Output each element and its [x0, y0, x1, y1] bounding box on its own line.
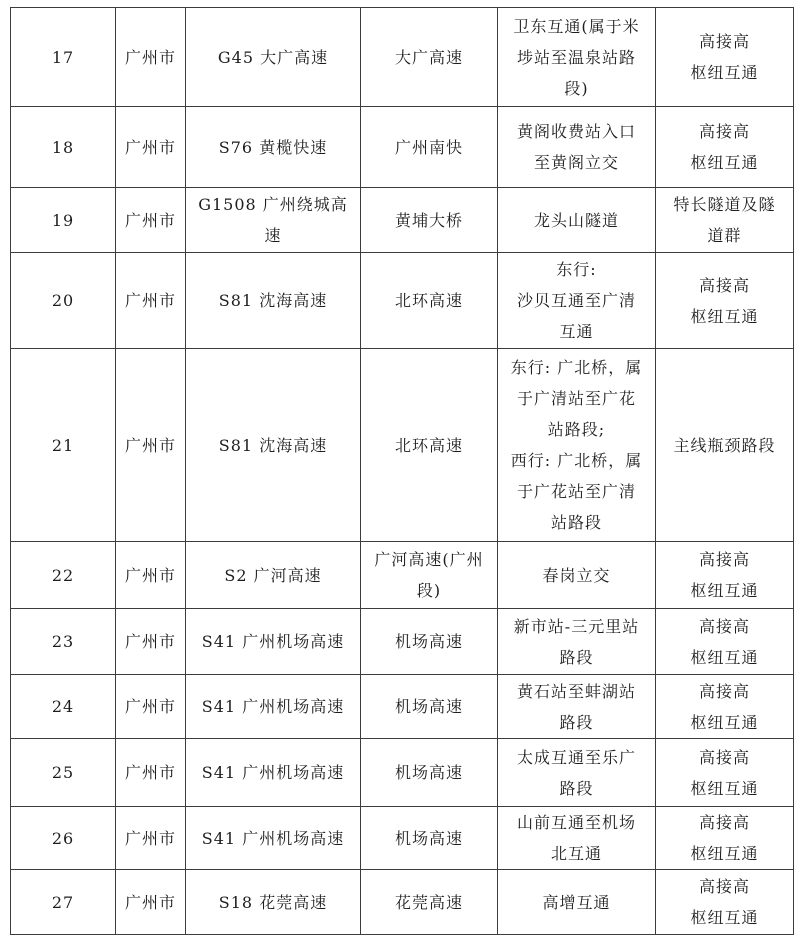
road-alias-cell: 花莞高速 [361, 870, 498, 935]
table-row: 22 广州市 S2 广河高速 广河高速(广州 段) 春岗立交 高接高 枢纽互通 [11, 542, 794, 609]
category-cell: 主线瓶颈路段 [656, 349, 794, 542]
road-code-cell: S41 广州机场高速 [186, 807, 361, 870]
road-code-cell: S76 黄榄快速 [186, 107, 361, 188]
row-number-cell: 20 [11, 253, 116, 349]
road-code-cell: S41 广州机场高速 [186, 675, 361, 739]
row-number-cell: 21 [11, 349, 116, 542]
table-row: 21 广州市 S81 沈海高速 北环高速 东行: 广北桥，属 于广清站至广花 站… [11, 349, 794, 542]
category-cell: 高接高 枢纽互通 [656, 807, 794, 870]
road-code-cell: S2 广河高速 [186, 542, 361, 609]
row-number-cell: 23 [11, 609, 116, 675]
category-cell: 特长隧道及隧 道群 [656, 188, 794, 253]
section-cell: 东行: 沙贝互通至广清 互通 [498, 253, 656, 349]
row-number-cell: 17 [11, 8, 116, 107]
road-alias-cell: 机场高速 [361, 609, 498, 675]
road-code-cell: S41 广州机场高速 [186, 609, 361, 675]
city-cell: 广州市 [116, 349, 186, 542]
row-number-cell: 18 [11, 107, 116, 188]
road-alias-cell: 北环高速 [361, 349, 498, 542]
row-number-cell: 19 [11, 188, 116, 253]
section-cell: 东行: 广北桥，属 于广清站至广花 站路段; 西行: 广北桥，属 于广花站至广清… [498, 349, 656, 542]
road-code-cell: S18 花莞高速 [186, 870, 361, 935]
section-cell: 新市站-三元里站 路段 [498, 609, 656, 675]
section-cell: 卫东互通(属于米 埗站至温泉站路 段) [498, 8, 656, 107]
row-number-cell: 25 [11, 739, 116, 807]
category-cell: 高接高 枢纽互通 [656, 870, 794, 935]
section-cell: 春岗立交 [498, 542, 656, 609]
table-row: 20 广州市 S81 沈海高速 北环高速 东行: 沙贝互通至广清 互通 高接高 … [11, 253, 794, 349]
category-cell: 高接高 枢纽互通 [656, 609, 794, 675]
highway-sections-table: 17 广州市 G45 大广高速 大广高速 卫东互通(属于米 埗站至温泉站路 段)… [10, 7, 794, 935]
city-cell: 广州市 [116, 107, 186, 188]
table-row: 25 广州市 S41 广州机场高速 机场高速 太成互通至乐广 路段 高接高 枢纽… [11, 739, 794, 807]
category-cell: 高接高 枢纽互通 [656, 8, 794, 107]
city-cell: 广州市 [116, 807, 186, 870]
road-alias-cell: 机场高速 [361, 675, 498, 739]
row-number-cell: 27 [11, 870, 116, 935]
category-cell: 高接高 枢纽互通 [656, 739, 794, 807]
road-alias-cell: 黄埔大桥 [361, 188, 498, 253]
row-number-cell: 22 [11, 542, 116, 609]
road-code-cell: S41 广州机场高速 [186, 739, 361, 807]
city-cell: 广州市 [116, 253, 186, 349]
section-cell: 太成互通至乐广 路段 [498, 739, 656, 807]
row-number-cell: 26 [11, 807, 116, 870]
category-cell: 高接高 枢纽互通 [656, 675, 794, 739]
document-page: 17 广州市 G45 大广高速 大广高速 卫东互通(属于米 埗站至温泉站路 段)… [0, 0, 800, 937]
city-cell: 广州市 [116, 542, 186, 609]
category-cell: 高接高 枢纽互通 [656, 253, 794, 349]
road-code-cell: G45 大广高速 [186, 8, 361, 107]
section-cell: 龙头山隧道 [498, 188, 656, 253]
table-row: 26 广州市 S41 广州机场高速 机场高速 山前互通至机场 北互通 高接高 枢… [11, 807, 794, 870]
table-row: 24 广州市 S41 广州机场高速 机场高速 黄石站至蚌湖站 路段 高接高 枢纽… [11, 675, 794, 739]
city-cell: 广州市 [116, 609, 186, 675]
table-row: 17 广州市 G45 大广高速 大广高速 卫东互通(属于米 埗站至温泉站路 段)… [11, 8, 794, 107]
road-code-cell: S81 沈海高速 [186, 349, 361, 542]
section-cell: 黄阁收费站入口 至黄阁立交 [498, 107, 656, 188]
road-alias-cell: 广州南快 [361, 107, 498, 188]
table-row: 23 广州市 S41 广州机场高速 机场高速 新市站-三元里站 路段 高接高 枢… [11, 609, 794, 675]
section-cell: 山前互通至机场 北互通 [498, 807, 656, 870]
table-row: 18 广州市 S76 黄榄快速 广州南快 黄阁收费站入口 至黄阁立交 高接高 枢… [11, 107, 794, 188]
section-cell: 黄石站至蚌湖站 路段 [498, 675, 656, 739]
category-cell: 高接高 枢纽互通 [656, 542, 794, 609]
category-cell: 高接高 枢纽互通 [656, 107, 794, 188]
city-cell: 广州市 [116, 739, 186, 807]
city-cell: 广州市 [116, 870, 186, 935]
road-alias-cell: 机场高速 [361, 807, 498, 870]
city-cell: 广州市 [116, 675, 186, 739]
road-code-cell: G1508 广州绕城高 速 [186, 188, 361, 253]
road-code-cell: S81 沈海高速 [186, 253, 361, 349]
road-alias-cell: 大广高速 [361, 8, 498, 107]
road-alias-cell: 机场高速 [361, 739, 498, 807]
section-cell: 高增互通 [498, 870, 656, 935]
road-alias-cell: 广河高速(广州 段) [361, 542, 498, 609]
table-row: 27 广州市 S18 花莞高速 花莞高速 高增互通 高接高 枢纽互通 [11, 870, 794, 935]
row-number-cell: 24 [11, 675, 116, 739]
table-row: 19 广州市 G1508 广州绕城高 速 黄埔大桥 龙头山隧道 特长隧道及隧 道… [11, 188, 794, 253]
city-cell: 广州市 [116, 188, 186, 253]
road-alias-cell: 北环高速 [361, 253, 498, 349]
city-cell: 广州市 [116, 8, 186, 107]
